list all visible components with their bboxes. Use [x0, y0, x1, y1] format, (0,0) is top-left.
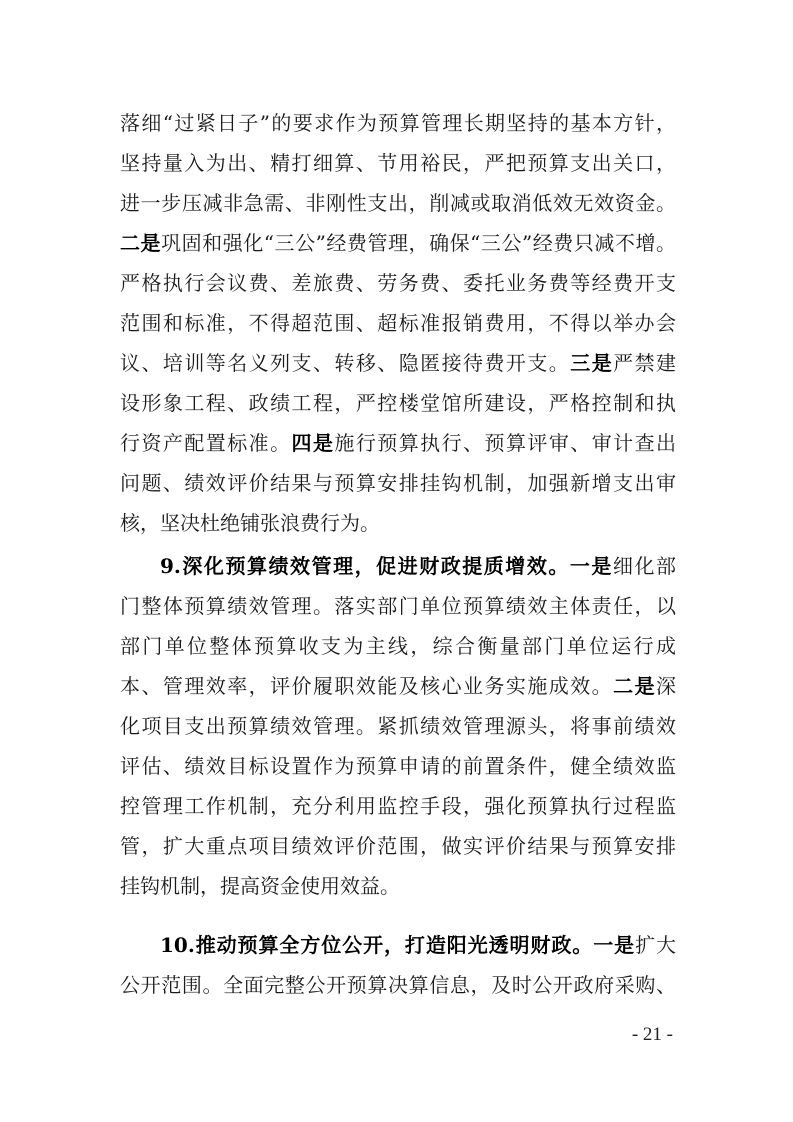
bold-text: 三是 — [570, 351, 613, 375]
text-segment: 严格执行会议费、差旅费、劳务费、委托业务费等经费开支 — [120, 271, 676, 295]
text-line: 控管理工作机制，充分利用监控手段，强化预算执行过程监 — [120, 791, 676, 821]
text-segment: 核，坚决杜绝铺张浪费行为。 — [120, 511, 380, 535]
bold-text: 二是 — [120, 231, 161, 255]
document-page: 落细“过紧日子”的要求作为预算管理长期坚持的基本方针，坚持量入为出、精打细算、节… — [0, 0, 793, 1122]
bold-text: 9.深化预算绩效管理，促进财政提质增效。一是 — [160, 554, 613, 578]
text-segment: 坚持量入为出、精打细算、节用裕民，严把预算支出关口， — [120, 151, 676, 175]
text-segment: 化项目支出预算绩效管理。紧抓绩效管理源头，将事前绩效 — [120, 714, 676, 738]
text-line: 行资产配置标准。四是施行预算执行、预算评审、审计查出 — [120, 428, 676, 458]
text-line: 二是巩固和强化“三公”经费管理，确保“三公”经费只减不增。 — [120, 228, 676, 258]
text-segment: 范围和标准，不得超范围、超标准报销费用，不得以举办会 — [120, 311, 676, 335]
text-line: 门整体预算绩效管理。落实部门单位预算绩效主体责任，以 — [120, 591, 676, 621]
text-segment: 进一步压减非急需、非刚性支出，削减或取消低效无效资金。 — [120, 191, 676, 215]
text-line: 问题、绩效评价结果与预算安排挂钩机制，加强新增支出审 — [120, 468, 676, 498]
text-line: 进一步压减非急需、非刚性支出，削减或取消低效无效资金。 — [120, 188, 676, 218]
text-line: 本、管理效率，评价履职效能及核心业务实施成效。二是深 — [120, 671, 676, 701]
text-line: 议、培训等名义列支、转移、隐匿接待费开支。三是严禁建 — [120, 348, 676, 378]
text-segment: 落细“过紧日子”的要求作为预算管理长期坚持的基本方针， — [120, 111, 676, 135]
text-line: 坚持量入为出、精打细算、节用裕民，严把预算支出关口， — [120, 148, 676, 178]
text-segment: 议、培训等名义列支、转移、隐匿接待费开支。 — [120, 351, 570, 375]
text-line: 范围和标准，不得超范围、超标准报销费用，不得以举办会 — [120, 308, 676, 338]
text-segment: 细化部 — [613, 554, 676, 578]
text-segment: 设形象工程、政绩工程，严控楼堂馆所建设，严格控制和执 — [120, 391, 676, 415]
text-line: 设形象工程、政绩工程，严控楼堂馆所建设，严格控制和执 — [120, 388, 676, 418]
text-segment: 公开范围。全面完整公开预算决算信息，及时公开政府采购、 — [120, 973, 676, 997]
bold-text: 10.推动预算全方位公开，打造阳光透明财政。一是 — [160, 933, 635, 957]
text-line: 公开范围。全面完整公开预算决算信息，及时公开政府采购、 — [120, 970, 676, 1000]
text-segment: 扩大 — [635, 933, 676, 957]
text-line: 严格执行会议费、差旅费、劳务费、委托业务费等经费开支 — [120, 268, 676, 298]
text-line: 9.深化预算绩效管理，促进财政提质增效。一是细化部 — [160, 551, 676, 581]
text-segment: 巩固和强化“三公”经费管理，确保“三公”经费只减不增。 — [161, 231, 676, 255]
text-segment: 挂钩机制，提高资金使用效益。 — [120, 874, 400, 898]
text-segment: 深 — [656, 674, 676, 698]
text-line: 落细“过紧日子”的要求作为预算管理长期坚持的基本方针， — [120, 108, 676, 138]
text-segment: 严禁建 — [613, 351, 676, 375]
bold-text: 四是 — [292, 431, 335, 455]
text-segment: 行资产配置标准。 — [120, 431, 292, 455]
text-line: 化项目支出预算绩效管理。紧抓绩效管理源头，将事前绩效 — [120, 711, 676, 741]
text-segment: 控管理工作机制，充分利用监控手段，强化预算执行过程监 — [120, 794, 676, 818]
text-line: 10.推动预算全方位公开，打造阳光透明财政。一是扩大 — [160, 930, 676, 960]
text-segment: 门整体预算绩效管理。落实部门单位预算绩效主体责任，以 — [120, 594, 676, 618]
text-line: 挂钩机制，提高资金使用效益。 — [120, 871, 676, 901]
text-segment: 问题、绩效评价结果与预算安排挂钩机制，加强新增支出审 — [120, 471, 676, 495]
text-segment: 评估、绩效目标设置作为预算申请的前置条件，健全绩效监 — [120, 754, 676, 778]
text-segment: 管，扩大重点项目绩效评价范围，做实评价结果与预算安排 — [120, 834, 676, 858]
bold-text: 二是 — [613, 674, 656, 698]
text-line: 评估、绩效目标设置作为预算申请的前置条件，健全绩效监 — [120, 751, 676, 781]
text-line: 核，坚决杜绝铺张浪费行为。 — [120, 508, 676, 538]
text-segment: 部门单位整体预算收支为主线，综合衡量部门单位运行成 — [120, 634, 676, 658]
text-line: 管，扩大重点项目绩效评价范围，做实评价结果与预算安排 — [120, 831, 676, 861]
page-number: - 21 - — [632, 1024, 673, 1046]
text-line: 部门单位整体预算收支为主线，综合衡量部门单位运行成 — [120, 631, 676, 661]
text-segment: 施行预算执行、预算评审、审计查出 — [334, 431, 676, 455]
text-segment: 本、管理效率，评价履职效能及核心业务实施成效。 — [120, 674, 613, 698]
